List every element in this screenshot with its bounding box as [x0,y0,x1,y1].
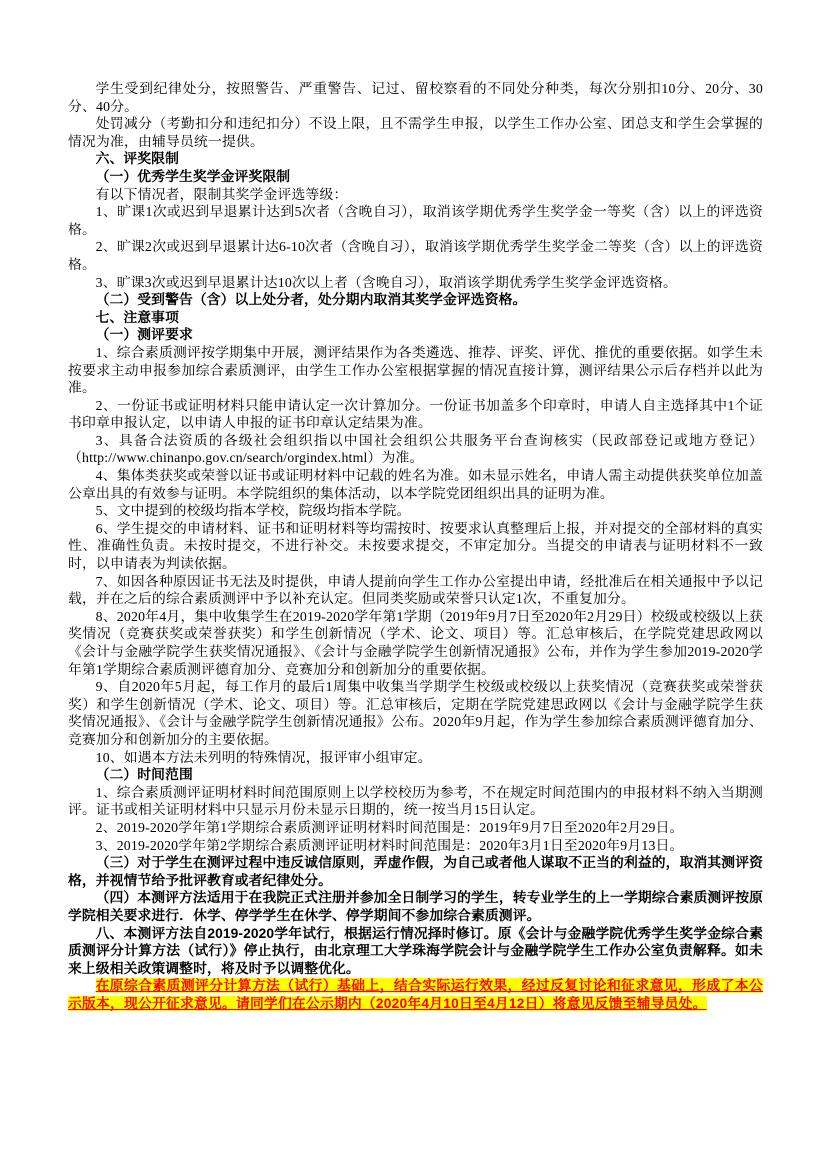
paragraph: 9、自2020年5月起，每工作月的最后1周集中收集当学期学生校级或校级以上获奖情… [68,678,763,748]
paragraph: 7、如因各种原因证书无法及时提供，申请人提前向学生工作办公室提出申请，经批准后在… [68,573,763,608]
paragraph: 8、2020年4月，集中收集学生在2019-2020学年第1学期（2019年9月… [68,608,763,678]
document-page: 学生受到纪律处分，按照警告、严重警告、记过、留校察看的不同处分种类，每次分别扣1… [0,0,827,1169]
paragraph: （三）对于学生在测评过程中违反诚信原则，弄虚作假，为自己或者他人谋取不正当的利益… [68,854,763,889]
paragraph: 5、文中提到的校级均指本学校，院级均指本学院。 [68,502,763,520]
paragraph: （四）本测评方法适用于在我院正式注册并参加全日制学习的学生，转专业学生的上一学期… [68,889,763,924]
paragraph: 3、2019-2020学年第2学期综合素质测评证明材料时间范围是：2020年3月… [68,837,763,855]
paragraph: 八、本测评方法自2019-2020学年试行，根据运行情况择时修订。原《会计与金融… [68,925,763,978]
paragraph: 七、注意事项 [68,309,763,327]
paragraph: （二）时间范围 [68,766,763,784]
document-body: 学生受到纪律处分，按照警告、严重警告、记过、留校察看的不同处分种类，每次分别扣1… [68,80,763,1012]
paragraph: （二）受到警告（含）以上处分者，处分期内取消其奖学金评选资格。 [68,291,763,309]
highlighted-text: 在原综合素质测评分计算方法（试行）基础上，结合实际运行效果，经过反复讨论和征求意… [68,978,763,1011]
paragraph: 学生受到纪律处分，按照警告、严重警告、记过、留校察看的不同处分种类，每次分别扣1… [68,80,763,115]
paragraph: 3、具备合法资质的各级社会组织指以中国社会组织公共服务平台查询核实（民政部登记或… [68,432,763,467]
paragraph: （一）测评要求 [68,326,763,344]
paragraph: 六、评奖限制 [68,150,763,168]
paragraph: 2、2019-2020学年第1学期综合素质测评证明材料时间范围是：2019年9月… [68,819,763,837]
paragraph: 1、旷课1次或迟到早退累计达到5次者（含晚自习），取消该学期优秀学生奖学金一等奖… [68,203,763,238]
paragraph: （一）优秀学生奖学金评奖限制 [68,168,763,186]
paragraph: 10、如遇本方法未列明的特殊情况，报评审小组审定。 [68,749,763,767]
paragraph: 1、综合素质测评证明材料时间范围原则上以学校校历为参考，不在规定时间范围内的申报… [68,784,763,819]
paragraph: 2、一份证书或证明材料只能申请认定一次计算加分。一份证书加盖多个印章时，申请人自… [68,397,763,432]
paragraph: 1、综合素质测评按学期集中开展，测评结果作为各类遴选、推荐、评奖、评优、推优的重… [68,344,763,397]
paragraph: 4、集体类获奖或荣誉以证书或证明材料中记载的姓名为准。如未显示姓名，申请人需主动… [68,467,763,502]
paragraph: 3、旷课3次或迟到早退累计达10次以上者（含晚自习），取消该学期优秀学生奖学金评… [68,274,763,292]
notice-paragraph: 在原综合素质测评分计算方法（试行）基础上，结合实际运行效果，经过反复讨论和征求意… [68,977,763,1012]
paragraph: 2、旷课2次或迟到早退累计达6-10次者（含晚自习），取消该学期优秀学生奖学金二… [68,238,763,273]
paragraph: 处罚减分（考勤扣分和违纪扣分）不设上限，且不需学生申报，以学生工作办公室、团总支… [68,115,763,150]
paragraph: 有以下情况者，限制其奖学金评选等级： [68,186,763,204]
paragraph: 6、学生提交的申请材料、证书和证明材料等均需按时、按要求认真整理后上报，并对提交… [68,520,763,573]
